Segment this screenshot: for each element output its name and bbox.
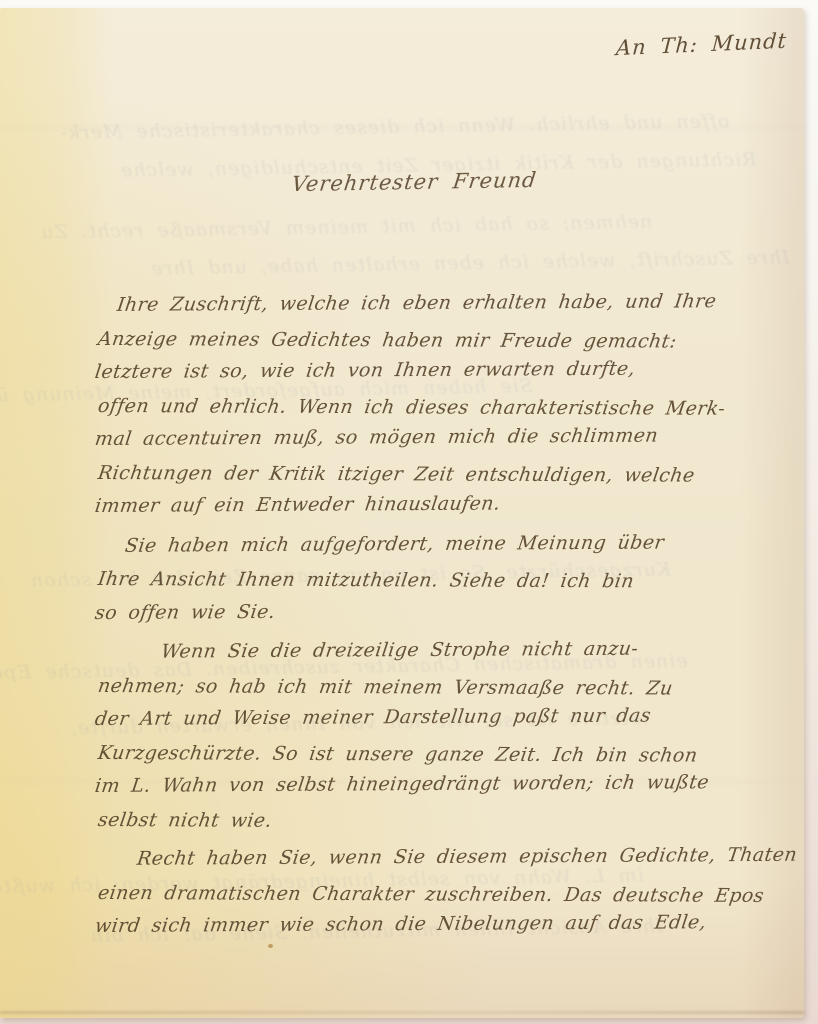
letter-line: Recht haben Sie, wenn Sie diesem epische… bbox=[93, 839, 753, 877]
paper-fold bbox=[0, 126, 804, 132]
letter-line: selbst nicht wie. bbox=[96, 804, 752, 840]
letter-page: offen und ehrlich. Wenn ich dieses chara… bbox=[0, 8, 804, 1018]
letter-line: immer auf ein Entweder hinauslaufen. bbox=[93, 486, 753, 524]
paragraph-1: Ihre Zuschrift, welche ich eben erhalten… bbox=[95, 289, 750, 524]
letter-line: wird sich immer wie schon die Nibelungen… bbox=[93, 906, 753, 944]
ghost-line: nehmen; so hab ich mit meinem Versmaaße … bbox=[40, 211, 653, 244]
letter-line: mal accentuiren muß, so mögen mich die s… bbox=[93, 419, 753, 457]
paper-speck bbox=[268, 944, 273, 948]
ghost-line: Ihre Zuschrift, welche ich eben erhalten… bbox=[150, 246, 790, 279]
letter-line: Ihre Zuschrift, welche ich eben erhalten… bbox=[93, 285, 753, 323]
letter-line: Sie haben mich aufgefordert, meine Meinu… bbox=[93, 525, 753, 563]
letter-line: im L. Wahn von selbst hineingedrängt wor… bbox=[93, 766, 753, 804]
paragraph-2: Sie haben mich aufgefordert, meine Meinu… bbox=[95, 530, 750, 631]
paragraph-3: Wenn Sie die dreizeilige Strophe nicht a… bbox=[95, 636, 750, 837]
salutation: Verehrtester Freund bbox=[290, 168, 538, 196]
letter-line: der Art und Weise meiner Darstellung paß… bbox=[93, 699, 753, 737]
recipient-annotation: An Th: Mundt bbox=[615, 28, 806, 60]
letter-line: letztere ist so, wie ich von Ihnen erwar… bbox=[93, 352, 753, 390]
letter-body: Ihre Zuschrift, welche ich eben erhalten… bbox=[95, 289, 750, 944]
letter-line: Wenn Sie die dreizeilige Strophe nicht a… bbox=[93, 632, 753, 670]
paragraph-4: Recht haben Sie, wenn Sie diesem epische… bbox=[95, 843, 750, 944]
letter-line: so offen wie Sie. bbox=[93, 592, 753, 630]
